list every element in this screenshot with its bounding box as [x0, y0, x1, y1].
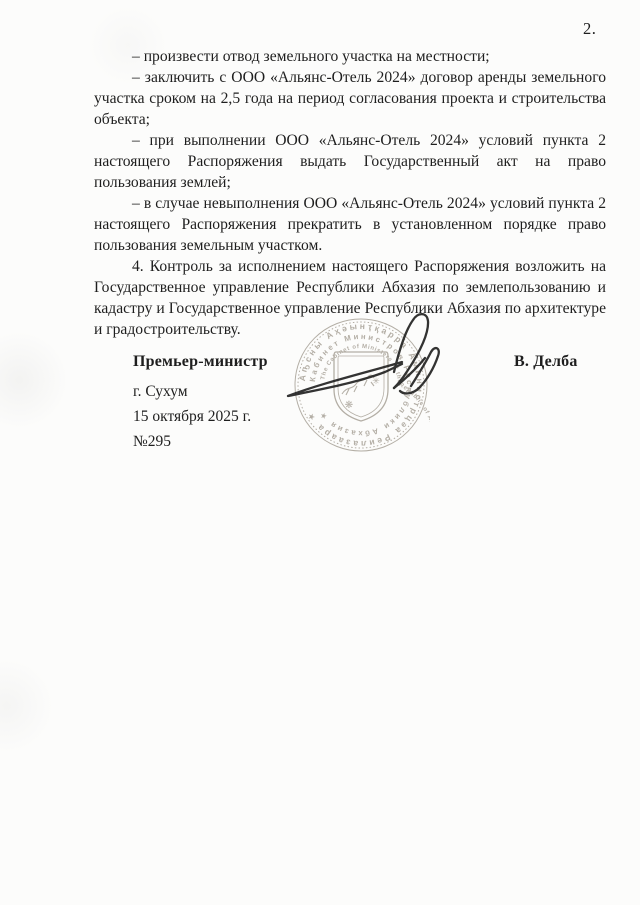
paragraph: – произвести отвод земельного участка на…: [94, 46, 606, 67]
signer-name-label: В. Делба: [514, 353, 578, 371]
signature-svg: [260, 296, 460, 408]
paragraph: – при выполнении ООО «Альянс-Отель 2024»…: [94, 130, 606, 193]
city-label: г. Сухум: [133, 383, 188, 401]
paragraph: – заключить с ООО «Альянс-Отель 2024» до…: [94, 67, 606, 130]
doc-number-label: №295: [133, 433, 171, 451]
date-label: 15 октября 2025 г.: [133, 408, 251, 426]
signature-strokes: [288, 314, 439, 396]
document-page: 2. – произвести отвод земельного участка…: [0, 0, 640, 905]
page-number: 2.: [583, 19, 596, 39]
handwritten-signature-icon: [260, 296, 460, 408]
paragraph: – в случае невыполнения ООО «Альянс-Отел…: [94, 193, 606, 256]
position-title-label: Премьер-министр: [133, 353, 268, 371]
